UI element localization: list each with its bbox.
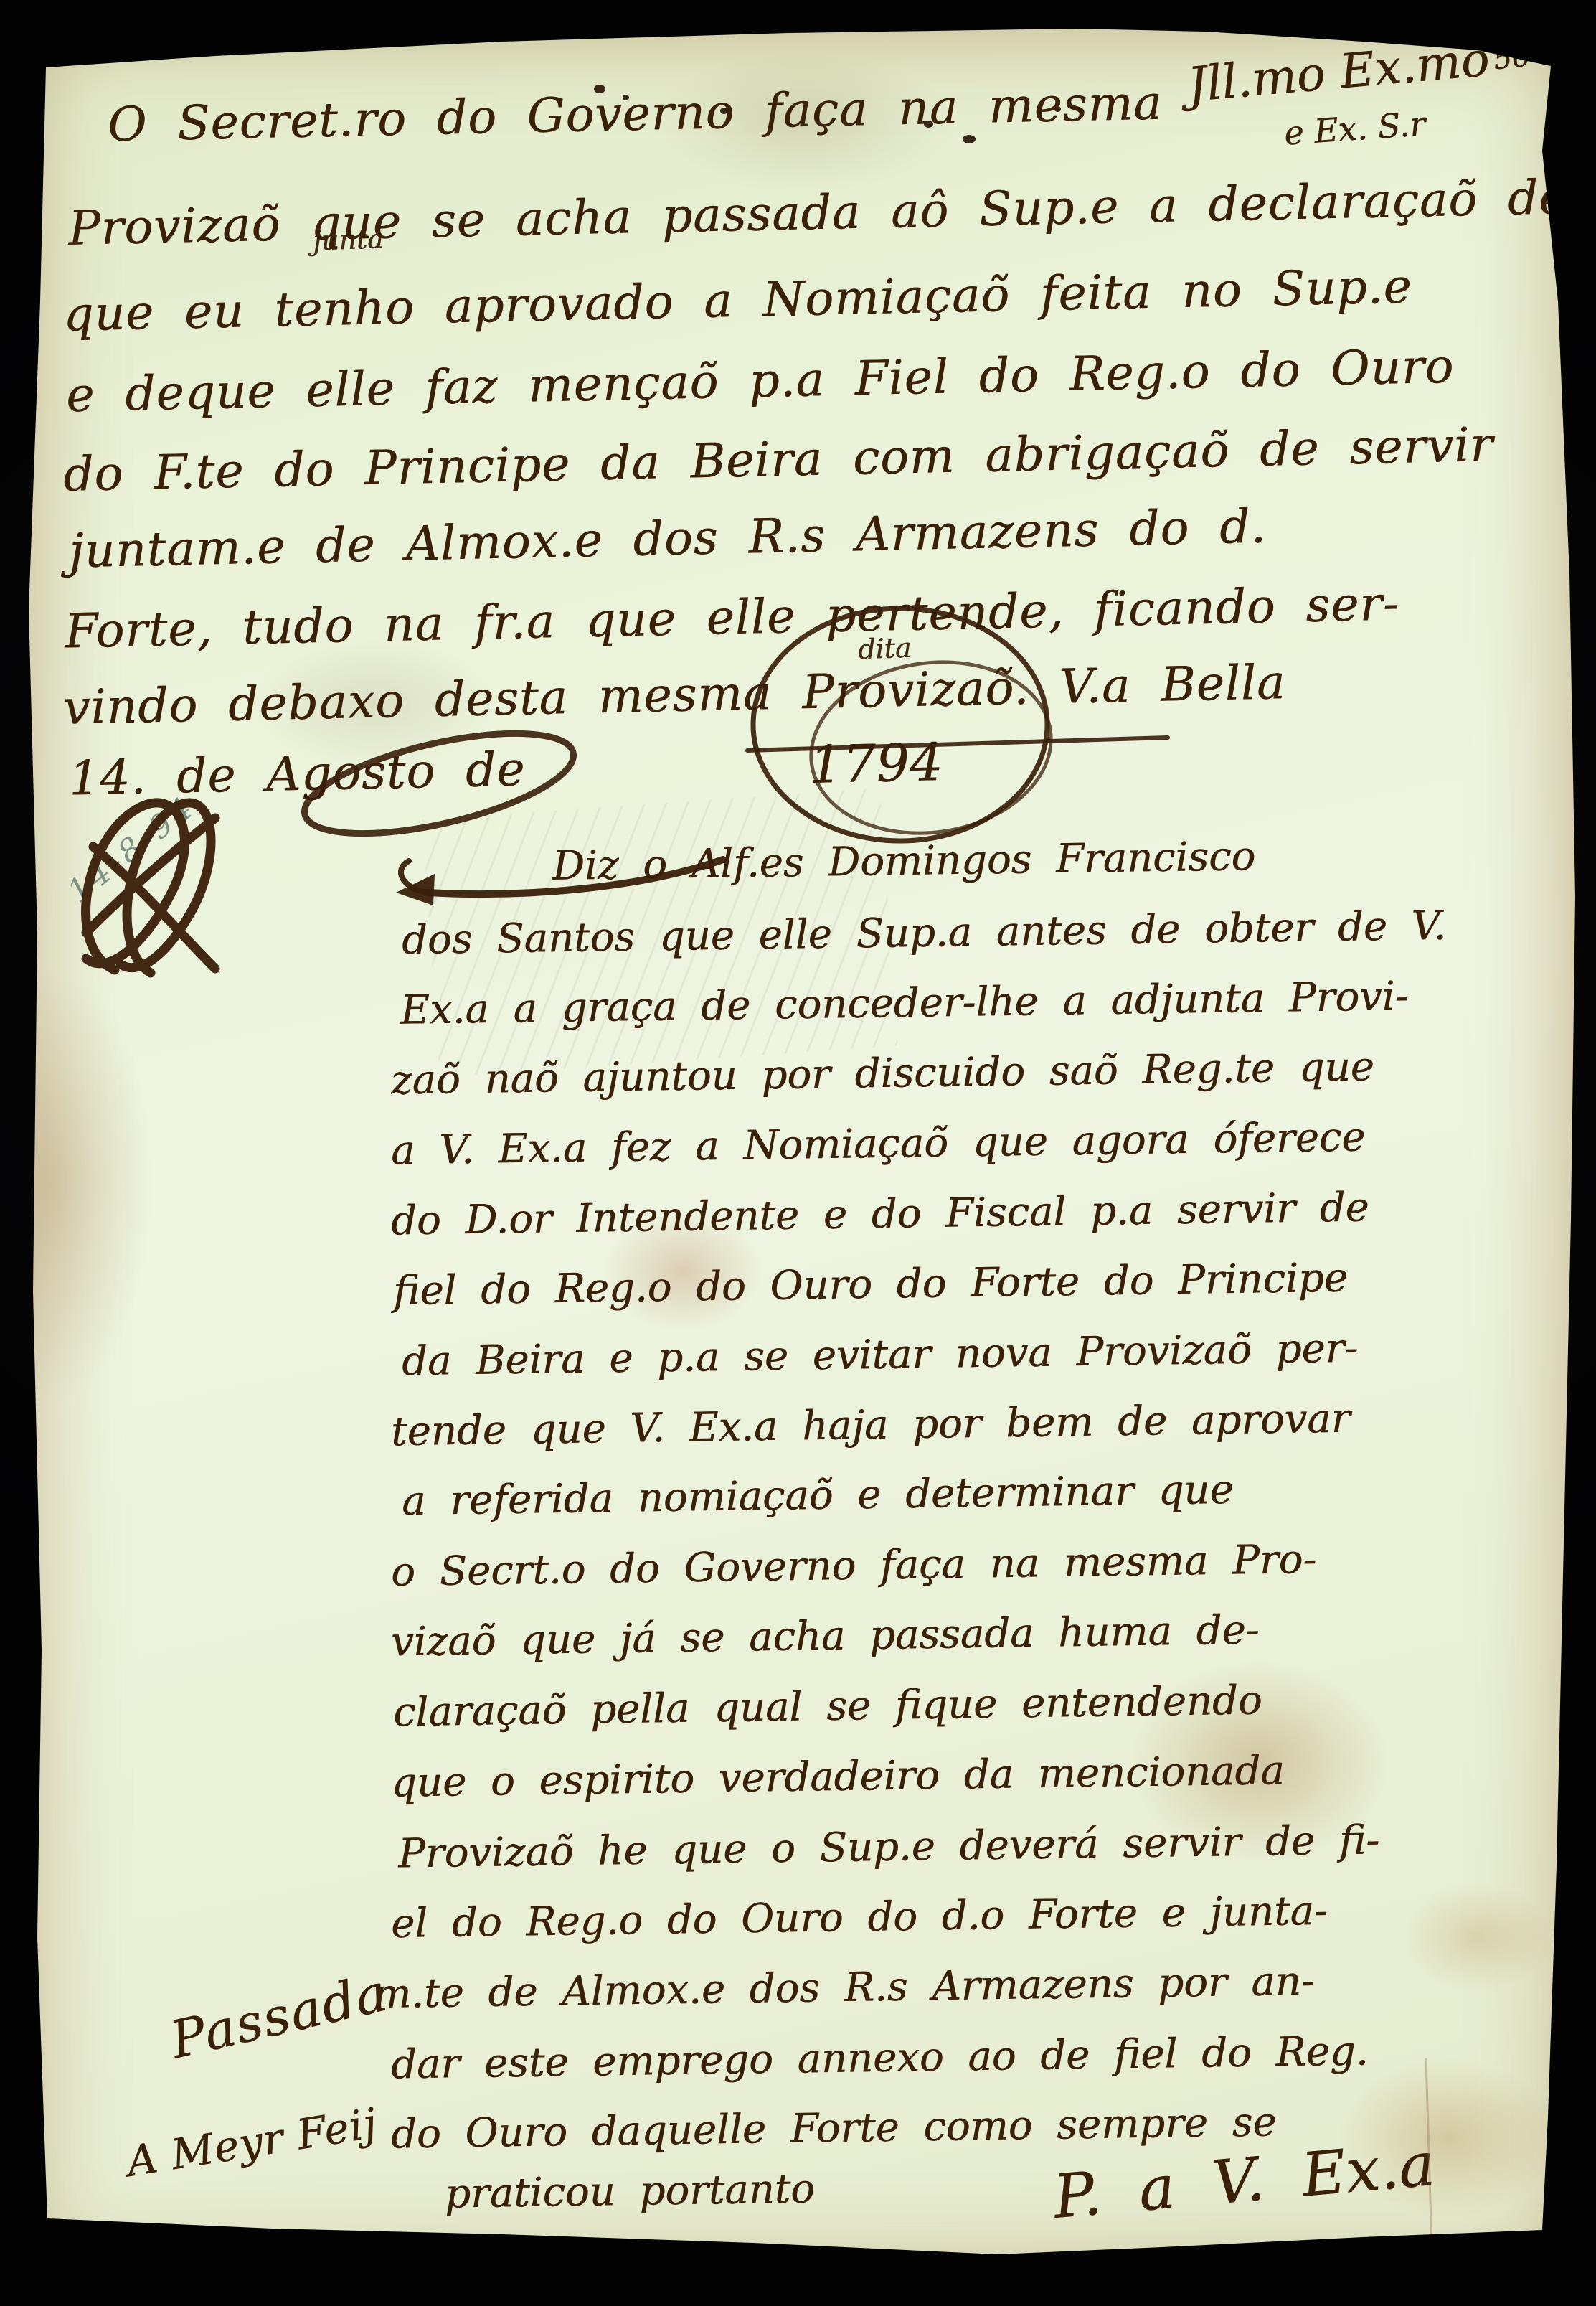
ink-flourishes [0,0,1596,2306]
photographed-manuscript: Jll.mo Ex.mo e Ex. S.r 56 O Secret.ro do… [0,0,1596,2306]
agosto-loop-swash [296,713,582,854]
paper-crease [1426,2059,1432,2246]
date-underline-rule [747,738,1168,750]
year-circle-flourish [753,608,1047,841]
manuscript-paper-sheet: Jll.mo Ex.mo e Ex. S.r 56 O Secret.ro do… [0,0,1596,2306]
arrow-flourish [396,860,723,905]
rubric-monogram [86,803,215,973]
